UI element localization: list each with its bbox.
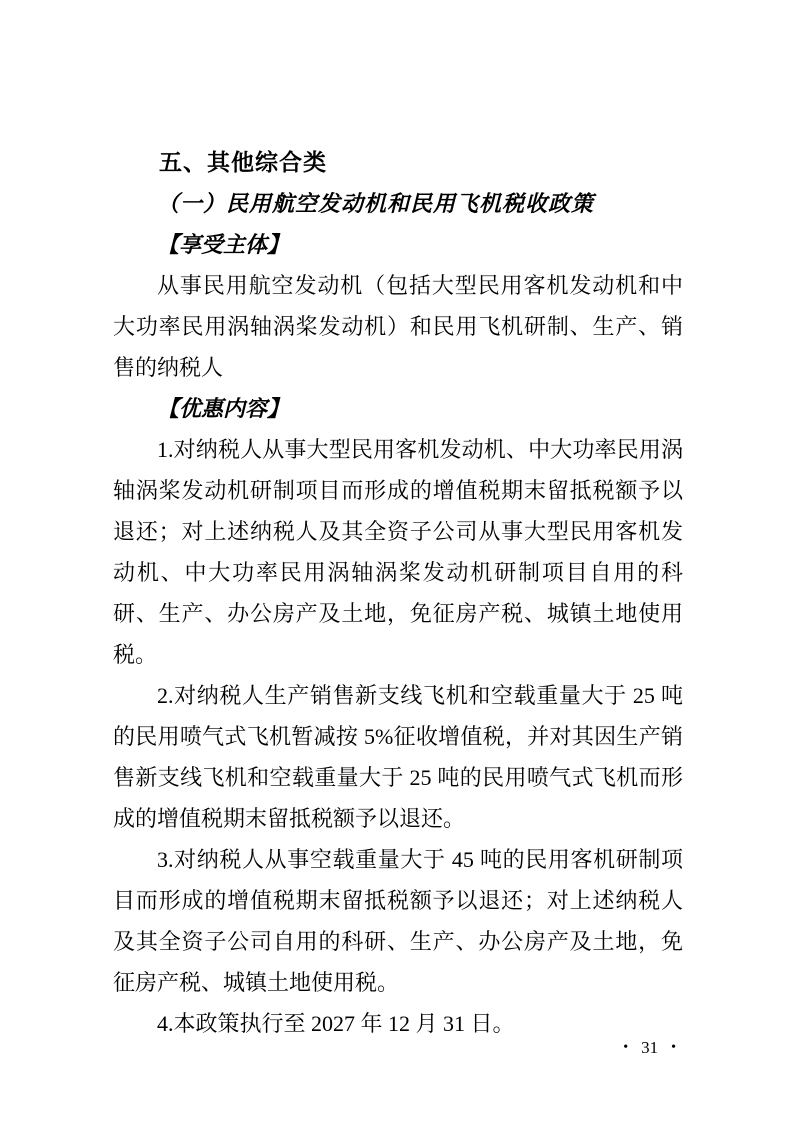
subsection-heading: （一）民用航空发动机和民用飞机税收政策: [113, 183, 683, 224]
section-heading: 五、其他综合类: [113, 142, 683, 183]
benefit-item-2: 2.对纳税人生产销售新支线飞机和空载重量大于 25 吨的民用喷气式飞机暂减按 5…: [113, 675, 683, 839]
footer-right-dot: •: [671, 1036, 676, 1060]
page-footer: • 31 •: [623, 1036, 676, 1060]
benefit-item-1: 1.对纳税人从事大型民用客机发动机、中大功率民用涡轴涡桨发动机研制项目而形成的增…: [113, 429, 683, 675]
footer-left-dot: •: [623, 1036, 628, 1060]
beneficiary-paragraph: 从事民用航空发动机（包括大型民用客机发动机和中大功率民用涡轴涡桨发动机）和民用飞…: [113, 265, 683, 388]
beneficiary-label: 【享受主体】: [113, 224, 683, 265]
page-number: 31: [641, 1036, 658, 1060]
benefit-item-4: 4.本政策执行至 2027 年 12 月 31 日。: [113, 1003, 683, 1044]
document-page: 五、其他综合类 （一）民用航空发动机和民用飞机税收政策 【享受主体】 从事民用航…: [0, 0, 794, 1122]
benefit-item-3: 3.对纳税人从事空载重量大于 45 吨的民用客机研制项目而形成的增值税期末留抵税…: [113, 839, 683, 1003]
benefit-label: 【优惠内容】: [113, 388, 683, 429]
